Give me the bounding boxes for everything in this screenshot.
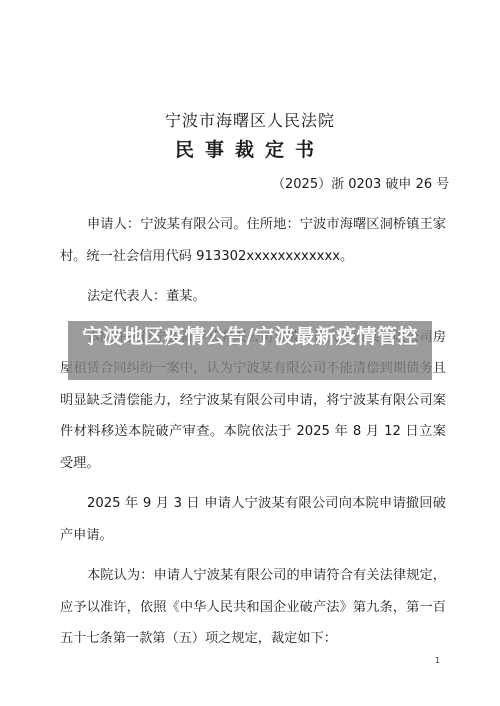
overlay-title-banner: 宁波地区疫情公告/宁波最新疫情管控 [68, 321, 432, 380]
paragraph-court-opinion: 本院认为：申请人宁波某有限公司的申请符合有关法律规定，应予以准许，依照《中华人民… [60, 560, 446, 655]
paragraph-applicant: 申请人：宁波某有限公司。住所地：宁波市海曙区洞桥镇王家村。统一社会信用代码 91… [60, 209, 446, 272]
court-name: 宁波市海曙区人民法院 [0, 108, 500, 131]
paragraph-withdrawal: 2025 年 9 月 3 日 申请人宁波某有限公司向本院申请撤回破产申请。 [60, 488, 446, 551]
page-number: 1 [435, 656, 440, 665]
paragraph-legal-rep: 法定代表人：董某。 [60, 281, 446, 313]
document-type-title: 民事裁定书 [0, 135, 500, 162]
case-number: （2025）浙 0203 破申 26 号 [272, 173, 449, 192]
document-body: 申请人：宁波某有限公司。住所地：宁波市海曙区洞桥镇王家村。统一社会信用代码 91… [60, 209, 446, 664]
